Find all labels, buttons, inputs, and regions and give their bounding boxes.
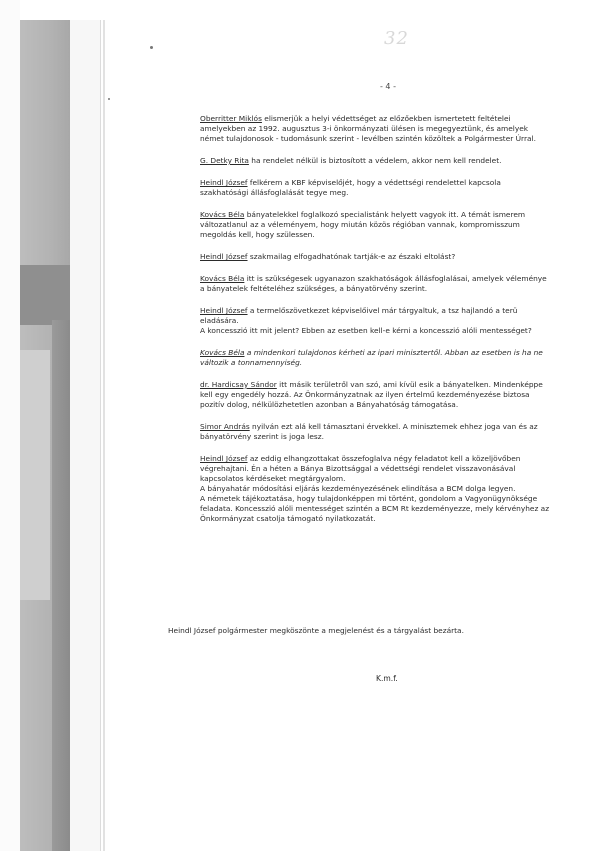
closing-statement: Heindl József polgármester megköszönte a… xyxy=(168,626,464,635)
page-fold-edge xyxy=(70,20,101,851)
paragraph-line: Heindl József szakmailag elfogadhatónak … xyxy=(200,252,601,262)
line-text: A németek tájékoztatása, hogy tulajdonké… xyxy=(200,494,537,503)
paragraph-line: megoldás kell, hogy szülessen. xyxy=(200,230,601,240)
line-text: változik a tonnamennyiség. xyxy=(200,358,302,367)
speaker-name: Heindl József xyxy=(200,252,248,261)
line-text: eladására. xyxy=(200,316,239,325)
line-text: itt másik területről van szó, ami kívül … xyxy=(277,380,543,389)
paragraph-line: Oberritter Miklós elismerjük a helyi véd… xyxy=(200,114,601,124)
line-text: feladata. Koncesszió alóli mentességet s… xyxy=(200,504,549,513)
line-text: változatlanul az a véleményem, hogy miut… xyxy=(200,220,520,229)
line-text: Önkormányzat csatolja támogató nyilatkoz… xyxy=(200,514,376,523)
scan-margin xyxy=(0,0,20,851)
line-text: az eddig elhangzottakat összefoglalva né… xyxy=(248,454,521,463)
speaker-name: G. Detky Rita xyxy=(200,156,249,165)
speaker-paragraph: Heindl József felkérem a KBF képviselőjé… xyxy=(200,178,601,198)
line-text: megoldás kell, hogy szülessen. xyxy=(200,230,315,239)
speaker-paragraph: G. Detky Rita ha rendelet nélkül is bizt… xyxy=(200,156,601,166)
paragraph-line: Heindl József felkérem a KBF képviselőjé… xyxy=(200,178,601,188)
line-text: szakmailag elfogadhatónak tartják-e az é… xyxy=(248,252,456,261)
speaker-paragraph: Heindl József az eddig elhangzottakat ös… xyxy=(200,454,601,524)
speaker-paragraph: Simor András nyilván ezt alá kell támasz… xyxy=(200,422,601,442)
speaker-paragraph: Kovács Béla bányatelekkel foglalkozó spe… xyxy=(200,210,601,240)
speaker-name: Heindl József xyxy=(200,306,248,315)
line-text: kapcsolatos kérdéseket megtárgyalom. xyxy=(200,474,345,483)
speaker-name: Heindl József xyxy=(200,454,248,463)
paragraph-line: a bányatelek feltételéhez szükséges, a b… xyxy=(200,284,601,294)
paragraph-line: Heindl József a termelőszövetkezet képvi… xyxy=(200,306,601,316)
line-text: amelyekben az 1992. augusztus 3-i önkorm… xyxy=(200,124,528,133)
line-text: bányatörvény szerint is joga lesz. xyxy=(200,432,324,441)
paragraph-line: német tulajdonosok - tudomásunk szerint … xyxy=(200,134,601,144)
paragraph-line: amelyekben az 1992. augusztus 3-i önkorm… xyxy=(200,124,601,134)
scan-speck xyxy=(108,98,110,100)
paragraph-line: Kovács Béla bányatelekkel foglalkozó spe… xyxy=(200,210,601,220)
line-text: elismerjük a helyi védettséget az előzőe… xyxy=(262,114,511,123)
handwritten-page-mark: 32 xyxy=(384,28,409,49)
speaker-name: Kovács Béla xyxy=(200,348,244,357)
line-text: végrehajtani. Én a héten a Bánya Bizotts… xyxy=(200,464,515,473)
line-text: bányatelekkel foglalkozó specialistánk h… xyxy=(244,210,525,219)
paragraph-line: A koncesszió itt mit jelent? Ebben az es… xyxy=(200,326,601,336)
scan-dark-band xyxy=(20,265,70,325)
speaker-paragraph: dr. Hardicsay Sándor itt másik területrő… xyxy=(200,380,601,410)
line-text: ha rendelet nélkül is biztosított a véde… xyxy=(249,156,502,165)
speaker-name: Oberritter Miklós xyxy=(200,114,262,123)
line-text: nyilván ezt alá kell támasztani érvekkel… xyxy=(250,422,538,431)
scan-shadow-strip xyxy=(20,20,70,851)
speaker-name: Kovács Béla xyxy=(200,210,244,219)
line-text: felkérem a KBF képviselőjét, hogy a véde… xyxy=(248,178,501,187)
paragraph-line: Kovács Béla itt is szükségesek ugyanazon… xyxy=(200,274,601,284)
line-text: itt is szükségesek ugyanazon szakhatóság… xyxy=(244,274,546,283)
line-text: a mindenkori tulajdonos kérheti az ipari… xyxy=(244,348,542,357)
paragraph-line: bányatörvény szerint is joga lesz. xyxy=(200,432,601,442)
paragraph-line: A bányahatár módosítási eljárás kezdemén… xyxy=(200,484,601,494)
speaker-paragraph: Kovács Béla itt is szükségesek ugyanazon… xyxy=(200,274,601,294)
paragraph-line: Heindl József az eddig elhangzottakat ös… xyxy=(200,454,601,464)
paragraph-line: Kovács Béla a mindenkori tulajdonos kérh… xyxy=(200,348,601,358)
paragraph-line: eladására. xyxy=(200,316,601,326)
speaker-name: Heindl József xyxy=(200,178,248,187)
scan-speck xyxy=(150,46,153,49)
paragraph-line: dr. Hardicsay Sándor itt másik területrő… xyxy=(200,380,601,390)
paragraph-line: Simor András nyilván ezt alá kell támasz… xyxy=(200,422,601,432)
paragraph-line: végrehajtani. Én a héten a Bánya Bizotts… xyxy=(200,464,601,474)
paragraph-line: pozitív dolog, nélkülözhetetlen azonban … xyxy=(200,400,601,410)
paragraph-line: szakhatósági állásfoglalását tegye meg. xyxy=(200,188,601,198)
paragraph-line: változatlanul az a véleményem, hogy miut… xyxy=(200,220,601,230)
page-number: - 4 - xyxy=(380,82,396,91)
line-text: pozitív dolog, nélkülözhetetlen azonban … xyxy=(200,400,458,409)
paragraph-line: kell egy engedély hozzá. Az Önkormányzat… xyxy=(200,390,601,400)
line-text: német tulajdonosok - tudomásunk szerint … xyxy=(200,134,536,143)
line-text: szakhatósági állásfoglalását tegye meg. xyxy=(200,188,348,197)
speaker-paragraph: Heindl József a termelőszövetkezet képvi… xyxy=(200,306,601,336)
speaker-name: Kovács Béla xyxy=(200,274,244,283)
line-text: A koncesszió itt mit jelent? Ebben az es… xyxy=(200,326,532,335)
fold-line xyxy=(103,20,105,851)
paragraph-line: feladata. Koncesszió alóli mentességet s… xyxy=(200,504,601,514)
speaker-paragraph: Kovács Béla a mindenkori tulajdonos kérh… xyxy=(200,348,601,368)
speaker-name: Simor András xyxy=(200,422,250,431)
line-text: a bányatelek feltételéhez szükséges, a b… xyxy=(200,284,427,293)
speaker-paragraph: Oberritter Miklós elismerjük a helyi véd… xyxy=(200,114,601,144)
minutes-body: Oberritter Miklós elismerjük a helyi véd… xyxy=(200,114,601,536)
paragraph-line: kapcsolatos kérdéseket megtárgyalom. xyxy=(200,474,601,484)
speaker-name: dr. Hardicsay Sándor xyxy=(200,380,277,389)
line-text: A bányahatár módosítási eljárás kezdemén… xyxy=(200,484,515,493)
line-text: a termelőszövetkezet képviselőivel már t… xyxy=(248,306,518,315)
speaker-paragraph: Heindl József szakmailag elfogadhatónak … xyxy=(200,252,601,262)
signature-kmf: K.m.f. xyxy=(376,674,398,683)
paragraph-line: A németek tájékoztatása, hogy tulajdonké… xyxy=(200,494,601,504)
line-text: kell egy engedély hozzá. Az Önkormányzat… xyxy=(200,390,530,399)
paragraph-line: G. Detky Rita ha rendelet nélkül is bizt… xyxy=(200,156,601,166)
paragraph-line: változik a tonnamennyiség. xyxy=(200,358,601,368)
scan-light-band xyxy=(20,350,50,600)
paragraph-line: Önkormányzat csatolja támogató nyilatkoz… xyxy=(200,514,601,524)
